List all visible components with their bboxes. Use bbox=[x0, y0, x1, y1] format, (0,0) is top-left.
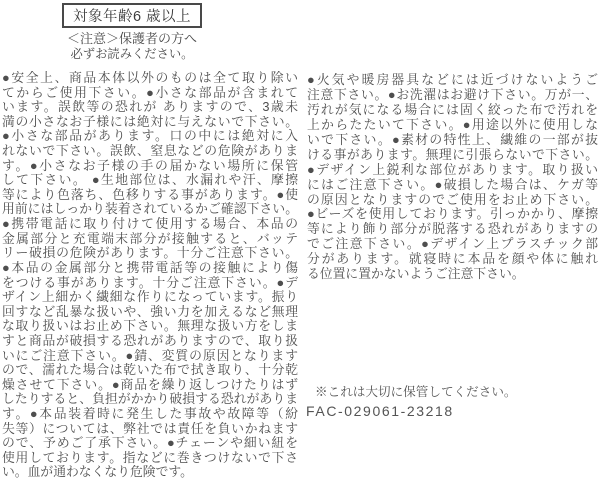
text-line: をつける事があります。十分ご注意下さい。●デ bbox=[2, 276, 298, 291]
text-line: 金属部分と充電端末部分が接触すると、バッテ bbox=[2, 232, 298, 247]
text-line: い。血が通わなくなり危険です。 bbox=[2, 465, 298, 480]
text-line: ●安全上、商品本体以外のものは全て取り除い bbox=[2, 71, 298, 86]
text-line: ける事があります。無理に引張らないで下さい。 bbox=[307, 148, 598, 163]
text-line: 失等）については、弊社では責任を負いかねます bbox=[2, 422, 298, 437]
text-line: して下さい。 ●生地部位は、水漏れや汗、摩擦 bbox=[2, 173, 298, 188]
text-line: ●ビーズを使用しております。引っかかり、摩擦 bbox=[307, 207, 598, 222]
target-age-box: 対象年齢6 歳以上 bbox=[62, 3, 202, 28]
notice-heading: ＜注意＞保護者の方へ bbox=[32, 31, 232, 47]
text-line: 分があります。就寝時に本品を顔や体に触れ bbox=[307, 252, 598, 267]
text-line: な取り扱いはお止め下さい。無理な扱い方をしま bbox=[2, 319, 298, 334]
text-line: ●火気や暖房器具などには近づけないようご bbox=[307, 73, 598, 88]
text-line: ので、予めご了承下さい。●チェーンや細い紐を bbox=[2, 436, 298, 451]
caution-label-page: { "header": { "age_box": "対象年齢6 歳以上", "n… bbox=[0, 0, 603, 483]
text-line: す。●本品装着時に発生した事故や故障等（紛 bbox=[2, 407, 298, 422]
text-line: す。●小さなお子様の手の届かない場所に保管 bbox=[2, 159, 298, 174]
text-line: の原因となりますのでご使用をお止め下さい。 bbox=[307, 193, 598, 208]
target-age-label: 対象年齢6 歳以上 bbox=[73, 5, 191, 26]
product-code: FAC-029061-23218 bbox=[306, 403, 517, 419]
text-line: 燥させて下さい。●商品を繰り返しつけたりはず bbox=[2, 378, 298, 393]
text-line: ●小さな部品があります。口の中には絶対に入 bbox=[2, 129, 298, 144]
text-line: れないで下さい。誤飲、窒息などの危険がありま bbox=[2, 144, 298, 159]
text-line: 汚れが気になる場合には固く絞った布で汚れを bbox=[307, 103, 598, 118]
text-line: 使用しております。指などに巻きつけないで下さ bbox=[2, 451, 298, 466]
text-line: ●デザイン上鋭利な部位があります。取り扱い bbox=[307, 163, 598, 178]
warnings-right-column: ●火気や暖房器具などには近づけないようご注意下さい。●お洗濯はお避け下さい。万が… bbox=[307, 73, 598, 282]
guardian-notice: ＜注意＞保護者の方へ 必ずお読みください。 bbox=[32, 31, 232, 62]
text-line: すと商品が破損する恐れがありますので、取り扱 bbox=[2, 334, 298, 349]
keep-safe-note: ※これは大切に保管してください。 bbox=[315, 384, 517, 400]
text-line: ので、濡れた場合は乾いた布で拭き取り、十分乾 bbox=[2, 363, 298, 378]
footer-note: ※これは大切に保管してください。 FAC-029061-23218 bbox=[306, 384, 517, 419]
text-line: したりすると、負担がかかり破損する恐れがありま bbox=[2, 392, 298, 407]
text-line: る位置に置かないようご注意下さい。 bbox=[307, 267, 598, 282]
text-line: でご注意下さい。●デザイン上プラスチック部 bbox=[307, 237, 598, 252]
text-line: 用前にはしっかり装着されているかご確認下さい。 bbox=[2, 202, 298, 217]
text-line: 等により色落ち、色移りする事があります。●使 bbox=[2, 188, 298, 203]
text-line: いで下さい。●素材の特性上、繊維の一部が抜 bbox=[307, 133, 598, 148]
text-line: 上からたたいて下さい。●用途以外に使用しな bbox=[307, 118, 598, 133]
text-line: にはご注意下さい。●破損した場合は、ケガ等 bbox=[307, 178, 598, 193]
text-line: います。誤飲等の恐れが ありますので、3歳未 bbox=[2, 100, 298, 115]
text-line: いにご注意下さい。●錆、変質の原因となります bbox=[2, 349, 298, 364]
text-line: 回すなど乱暴な扱いや、強い力を加えるなど無理 bbox=[2, 305, 298, 320]
text-line: 等により飾り部分が脱落する恐れがありますの bbox=[307, 222, 598, 237]
text-line: リー破損の危険があります。十分ご注意下さい。 bbox=[2, 246, 298, 261]
text-line: ザイン上細かく繊細な作りになっています。振り bbox=[2, 290, 298, 305]
text-line: てからご使用下さい。●小さな部品が含まれて bbox=[2, 86, 298, 101]
text-line: 満の小さなお子様には絶対に与えないで下さい。 bbox=[2, 115, 298, 130]
text-line: 注意下さい。●お洗濯はお避け下さい。万が一、 bbox=[307, 88, 598, 103]
notice-subheading: 必ずお読みください。 bbox=[32, 47, 232, 62]
warnings-left-column: ●安全上、商品本体以外のものは全て取り除いてからご使用下さい。●小さな部品が含ま… bbox=[2, 71, 298, 480]
text-line: ●携帯電話に取り付けて使用する場合、本品の bbox=[2, 217, 298, 232]
text-line: ●本品の金属部分と携帯電話等の接触により傷 bbox=[2, 261, 298, 276]
